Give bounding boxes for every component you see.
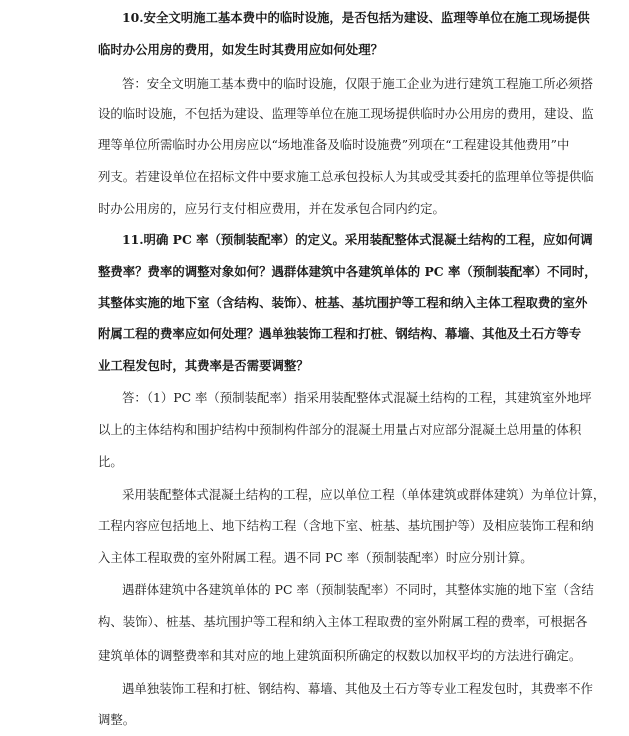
q11-answer-p3-line-1: 遇群体建筑中各建筑单体的 PC 率（预制装配率）不同时，其整体实施的地下室（含结 bbox=[122, 580, 540, 600]
q11-answer-p3-line-2: 构、装饰）、桩基、基坑围护等工程和纳入主体工程取费的室外附属工程的费率，可根据各 bbox=[98, 612, 540, 632]
q10-answer-line-2: 设的临时设施，不包括为建设、监理等单位在施工现场提供临时办公用房的费用，建设、监 bbox=[98, 104, 540, 124]
q11-answer-p2-line-2: 工程内容应包括地上、地下结构工程（含地下室、桩基、基坑围护等）及相应装饰工程和纳 bbox=[98, 516, 540, 536]
q11-question-line-3: 其整体实施的地下室（含结构、装饰）、桩基、基坑围护等工程和纳入主体工程取费的室外 bbox=[98, 293, 540, 313]
q11-answer-p4-line-2: 调整。 bbox=[98, 710, 540, 730]
q10-question-line-1: 10.安全文明施工基本费中的临时设施，是否包括为建设、监理等单位在施工现场提供 bbox=[122, 8, 540, 28]
q11-answer-p1-line-2: 以上的主体结构和围护结构中预制构件部分的混凝土用量占对应部分混凝土总用量的体积 bbox=[98, 420, 540, 440]
q11-answer-p4-line-1: 遇单独装饰工程和打桩、钢结构、幕墙、其他及土石方等专业工程发包时，其费率不作 bbox=[122, 679, 540, 699]
q11-answer-p1-line-3: 比。 bbox=[98, 452, 540, 472]
q10-answer-line-3: 理等单位所需临时办公用房应以“场地准备及临时设施费”列项在“工程建设其他费用”中 bbox=[98, 135, 540, 155]
q11-question-line-4: 附属工程的费率应如何处理？遇单独装饰工程和打桩、钢结构、幕墙、其他及土石方等专 bbox=[98, 324, 540, 344]
q11-answer-p2-line-3: 入主体工程取费的室外附属工程。遇不同 PC 率（预制装配率）时应分别计算。 bbox=[98, 548, 540, 568]
q10-answer-line-5: 时办公用房的，应另行支付相应费用，并在发承包合同内约定。 bbox=[98, 199, 540, 219]
q10-answer-line-1: 答：安全文明施工基本费中的临时设施，仅限于施工企业为进行建筑工程施工所必须搭 bbox=[122, 74, 540, 94]
q10-question-line-2: 临时办公用房的费用，如发生时其费用应如何处理？ bbox=[98, 40, 540, 60]
q11-question-line-5: 业工程发包时，其费率是否需要调整？ bbox=[98, 356, 540, 376]
q10-answer-line-4: 列支。若建设单位在招标文件中要求施工总承包投标人为其或受其委托的监理单位等提供临 bbox=[98, 167, 540, 187]
q11-answer-p1-line-1: 答：（1）PC 率（预制装配率）指采用装配整体式混凝土结构的工程，其建筑室外地坪 bbox=[122, 388, 540, 408]
document-page: 10.安全文明施工基本费中的临时设施，是否包括为建设、监理等单位在施工现场提供 … bbox=[0, 0, 629, 736]
q11-answer-p2-line-1: 采用装配整体式混凝土结构的工程，应以单位工程（单体建筑或群体建筑）为单位计算， bbox=[122, 485, 540, 505]
q11-question-line-2: 整费率？费率的调整对象如何？遇群体建筑中各建筑单体的 PC 率（预制装配率）不同… bbox=[98, 262, 540, 282]
q11-question-line-1: 11.明确 PC 率（预制装配率）的定义。采用装配整体式混凝土结构的工程，应如何… bbox=[122, 230, 540, 250]
q11-answer-p3-line-3: 建筑单体的调整费率和其对应的地上建筑面积所确定的权数以加权平均的方法进行确定。 bbox=[98, 646, 540, 666]
